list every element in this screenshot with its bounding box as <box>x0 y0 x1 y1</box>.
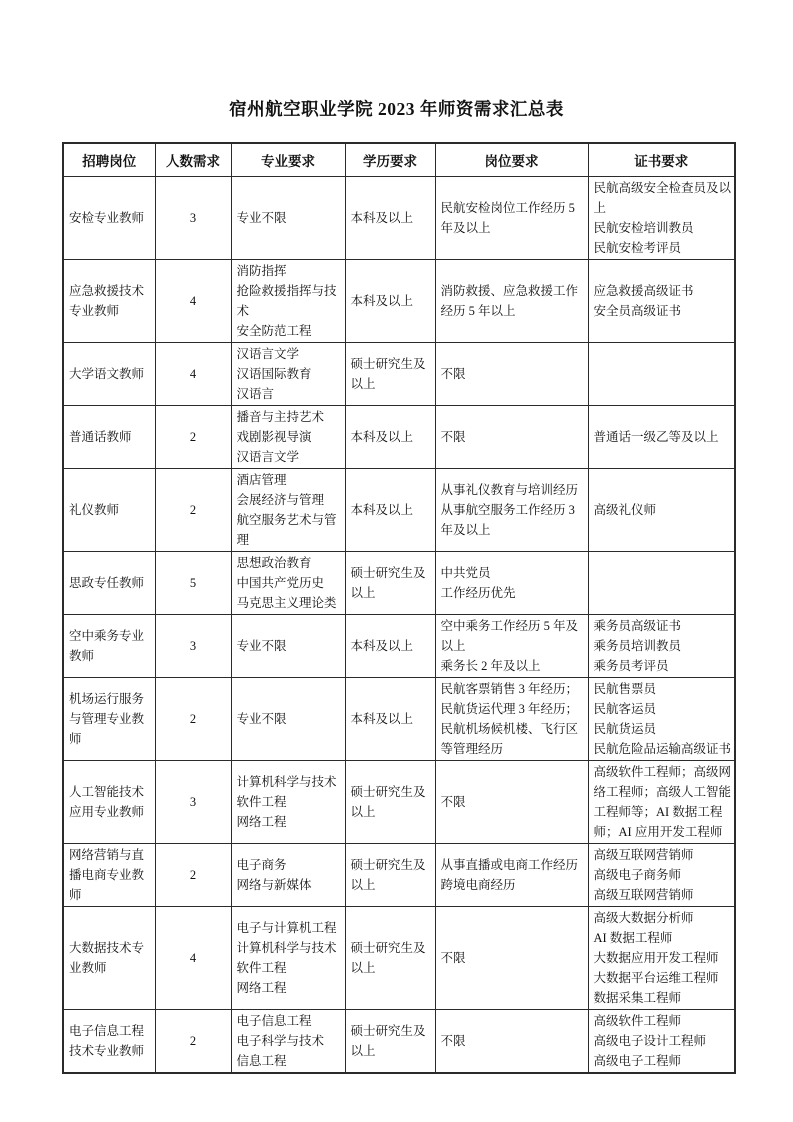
cell-majors: 消防指挥抢险救援指挥与技术安全防范工程 <box>231 259 345 342</box>
certificates-line: 民航安检培训教员 <box>594 218 733 238</box>
majors-line: 航空服务艺术与管理 <box>237 510 343 550</box>
document-page: 宿州航空职业学院 2023 年师资需求汇总表 招聘岗位人数需求专业要求学历要求岗… <box>0 0 793 1122</box>
cell-majors: 专业不限 <box>231 176 345 259</box>
cell-requirements: 不限 <box>435 405 588 468</box>
majors-line: 播音与主持艺术 <box>237 407 343 427</box>
cell-position: 机场运行服务与管理专业教师 <box>63 677 155 760</box>
certificates-line: 安全员高级证书 <box>594 301 733 321</box>
requirements-line: 中共党员 <box>441 563 586 583</box>
cell-requirements: 空中乘务工作经历 5 年及以上乘务长 2 年及以上 <box>435 614 588 677</box>
majors-line: 汉语言文学 <box>237 344 343 364</box>
cell-count: 4 <box>155 906 231 1009</box>
cell-majors: 思想政治教育中国共产党历史马克思主义理论类 <box>231 551 345 614</box>
cell-certificates: 高级大数据分析师AI 数据工程师大数据应用开发工程师大数据平台运维工程师数据采集… <box>588 906 735 1009</box>
majors-line: 网络工程 <box>237 812 343 832</box>
cell-position: 安检专业教师 <box>63 176 155 259</box>
certificates-line: 数据采集工程师 <box>594 988 733 1008</box>
cell-certificates <box>588 342 735 405</box>
column-header-5: 证书要求 <box>588 143 735 176</box>
cell-education: 硕士研究生及以上 <box>345 342 435 405</box>
majors-line: 戏剧影视导演 <box>237 427 343 447</box>
cell-certificates: 民航高级安全检查员及以上民航安检培训教员民航安检考评员 <box>588 176 735 259</box>
table-row: 普通话教师2播音与主持艺术戏剧影视导演汉语言文学本科及以上不限普通话一级乙等及以… <box>63 405 735 468</box>
cell-certificates <box>588 551 735 614</box>
requirements-line: 消防救援、应急救援工作经历 5 年以上 <box>441 281 586 321</box>
requirements-line: 从事礼仪教育与培训经历 <box>441 480 586 500</box>
certificates-line: 高级电子工程师 <box>594 1051 733 1071</box>
certificates-line: 大数据应用开发工程师 <box>594 948 733 968</box>
certificates-line: 乘务员高级证书 <box>594 616 733 636</box>
requirements-line: 民航客票销售 3 年经历； <box>441 679 586 699</box>
majors-line: 抢险救援指挥与技术 <box>237 281 343 321</box>
certificates-line: 高级大数据分析师 <box>594 908 733 928</box>
cell-position: 空中乘务专业教师 <box>63 614 155 677</box>
table-row: 大数据技术专业教师4电子与计算机工程计算机科学与技术软件工程网络工程硕士研究生及… <box>63 906 735 1009</box>
table-row: 安检专业教师3专业不限本科及以上民航安检岗位工作经历 5 年及以上民航高级安全检… <box>63 176 735 259</box>
majors-line: 专业不限 <box>237 709 343 729</box>
majors-line: 汉语言文学 <box>237 447 343 467</box>
majors-line: 专业不限 <box>237 636 343 656</box>
certificates-line: 乘务员培训教员 <box>594 636 733 656</box>
requirements-line: 从事航空服务工作经历 3 年及以上 <box>441 500 586 540</box>
requirements-line: 民航安检岗位工作经历 5 年及以上 <box>441 198 586 238</box>
certificates-line: 普通话一级乙等及以上 <box>594 427 733 447</box>
page-title: 宿州航空职业学院 2023 年师资需求汇总表 <box>0 96 793 121</box>
majors-line: 网络与新媒体 <box>237 875 343 895</box>
certificates-line: 高级电子商务师 <box>594 865 733 885</box>
requirements-line: 不限 <box>441 364 586 384</box>
cell-count: 3 <box>155 614 231 677</box>
table-header-row: 招聘岗位人数需求专业要求学历要求岗位要求证书要求 <box>63 143 735 176</box>
majors-line: 电子与计算机工程 <box>237 918 343 938</box>
cell-majors: 电子与计算机工程计算机科学与技术软件工程网络工程 <box>231 906 345 1009</box>
majors-line: 网络工程 <box>237 978 343 998</box>
cell-position: 普通话教师 <box>63 405 155 468</box>
cell-majors: 播音与主持艺术戏剧影视导演汉语言文学 <box>231 405 345 468</box>
cell-majors: 计算机科学与技术软件工程网络工程 <box>231 760 345 843</box>
cell-position: 大数据技术专业教师 <box>63 906 155 1009</box>
cell-count: 3 <box>155 760 231 843</box>
cell-certificates: 应急救援高级证书安全员高级证书 <box>588 259 735 342</box>
requirements-line: 跨境电商经历 <box>441 875 586 895</box>
cell-position: 网络营销与直播电商专业教师 <box>63 843 155 906</box>
cell-count: 2 <box>155 843 231 906</box>
table-row: 电子信息工程技术专业教师2电子信息工程电子科学与技术信息工程硕士研究生及以上不限… <box>63 1009 735 1073</box>
majors-line: 消防指挥 <box>237 261 343 281</box>
table-row: 思政专任教师5思想政治教育中国共产党历史马克思主义理论类硕士研究生及以上中共党员… <box>63 551 735 614</box>
table-row: 网络营销与直播电商专业教师2电子商务网络与新媒体硕士研究生及以上从事直播或电商工… <box>63 843 735 906</box>
majors-line: 电子商务 <box>237 855 343 875</box>
cell-count: 4 <box>155 259 231 342</box>
requirements-line: 空中乘务工作经历 5 年及以上 <box>441 616 586 656</box>
cell-requirements: 不限 <box>435 760 588 843</box>
requirements-line: 从事直播或电商工作经历 <box>441 855 586 875</box>
cell-position: 应急救援技术专业教师 <box>63 259 155 342</box>
majors-line: 信息工程 <box>237 1051 343 1071</box>
certificates-line: 高级互联网营销师 <box>594 885 733 905</box>
cell-count: 2 <box>155 1009 231 1073</box>
cell-count: 2 <box>155 677 231 760</box>
cell-majors: 电子信息工程电子科学与技术信息工程 <box>231 1009 345 1073</box>
teacher-demand-table: 招聘岗位人数需求专业要求学历要求岗位要求证书要求 安检专业教师3专业不限本科及以… <box>62 142 736 1074</box>
certificates-line: 民航客运员 <box>594 699 733 719</box>
cell-requirements: 民航安检岗位工作经历 5 年及以上 <box>435 176 588 259</box>
cell-count: 4 <box>155 342 231 405</box>
majors-line: 电子信息工程 <box>237 1011 343 1031</box>
certificates-line: 高级软件工程师；高级网络工程师；高级人工智能工程师等；AI 数据工程师；AI 应… <box>594 762 733 842</box>
majors-line: 计算机科学与技术 <box>237 772 343 792</box>
certificates-line: 乘务员考评员 <box>594 656 733 676</box>
majors-line: 汉语言 <box>237 384 343 404</box>
certificates-line: AI 数据工程师 <box>594 928 733 948</box>
majors-line: 思想政治教育 <box>237 553 343 573</box>
cell-certificates: 民航售票员民航客运员民航货运员民航危险品运输高级证书 <box>588 677 735 760</box>
cell-requirements: 不限 <box>435 342 588 405</box>
certificates-line: 大数据平台运维工程师 <box>594 968 733 988</box>
cell-education: 本科及以上 <box>345 259 435 342</box>
majors-line: 中国共产党历史 <box>237 573 343 593</box>
requirements-line: 不限 <box>441 427 586 447</box>
cell-count: 5 <box>155 551 231 614</box>
table-row: 大学语文教师4汉语言文学汉语国际教育汉语言硕士研究生及以上不限 <box>63 342 735 405</box>
requirements-line: 不限 <box>441 1031 586 1051</box>
requirements-line: 不限 <box>441 792 586 812</box>
table-row: 人工智能技术应用专业教师3计算机科学与技术软件工程网络工程硕士研究生及以上不限高… <box>63 760 735 843</box>
cell-position: 思政专任教师 <box>63 551 155 614</box>
majors-line: 汉语国际教育 <box>237 364 343 384</box>
cell-majors: 电子商务网络与新媒体 <box>231 843 345 906</box>
cell-count: 2 <box>155 405 231 468</box>
table-row: 空中乘务专业教师3专业不限本科及以上空中乘务工作经历 5 年及以上乘务长 2 年… <box>63 614 735 677</box>
certificates-line: 民航危险品运输高级证书 <box>594 739 733 759</box>
requirements-line: 民航货运代理 3 年经历； <box>441 699 586 719</box>
column-header-1: 人数需求 <box>155 143 231 176</box>
column-header-4: 岗位要求 <box>435 143 588 176</box>
majors-line: 酒店管理 <box>237 470 343 490</box>
cell-certificates: 普通话一级乙等及以上 <box>588 405 735 468</box>
cell-certificates: 高级软件工程师高级电子设计工程师高级电子工程师 <box>588 1009 735 1073</box>
table-row: 机场运行服务与管理专业教师2专业不限本科及以上民航客票销售 3 年经历；民航货运… <box>63 677 735 760</box>
cell-education: 本科及以上 <box>345 468 435 551</box>
column-header-2: 专业要求 <box>231 143 345 176</box>
cell-education: 硕士研究生及以上 <box>345 906 435 1009</box>
certificates-line: 高级软件工程师 <box>594 1011 733 1031</box>
cell-education: 硕士研究生及以上 <box>345 760 435 843</box>
requirements-line: 工作经历优先 <box>441 583 586 603</box>
cell-certificates: 高级软件工程师；高级网络工程师；高级人工智能工程师等；AI 数据工程师；AI 应… <box>588 760 735 843</box>
cell-education: 本科及以上 <box>345 677 435 760</box>
majors-line: 专业不限 <box>237 208 343 228</box>
majors-line: 安全防范工程 <box>237 321 343 341</box>
cell-majors: 专业不限 <box>231 677 345 760</box>
cell-requirements: 不限 <box>435 906 588 1009</box>
cell-certificates: 乘务员高级证书乘务员培训教员乘务员考评员 <box>588 614 735 677</box>
cell-count: 3 <box>155 176 231 259</box>
table-row: 应急救援技术专业教师4消防指挥抢险救援指挥与技术安全防范工程本科及以上消防救援、… <box>63 259 735 342</box>
cell-requirements: 从事直播或电商工作经历跨境电商经历 <box>435 843 588 906</box>
certificates-line: 民航高级安全检查员及以上 <box>594 178 733 218</box>
majors-line: 软件工程 <box>237 958 343 978</box>
cell-education: 本科及以上 <box>345 614 435 677</box>
table-row: 礼仪教师2酒店管理会展经济与管理航空服务艺术与管理本科及以上从事礼仪教育与培训经… <box>63 468 735 551</box>
column-header-0: 招聘岗位 <box>63 143 155 176</box>
cell-count: 2 <box>155 468 231 551</box>
majors-line: 电子科学与技术 <box>237 1031 343 1051</box>
cell-certificates: 高级礼仪师 <box>588 468 735 551</box>
cell-education: 硕士研究生及以上 <box>345 843 435 906</box>
cell-education: 硕士研究生及以上 <box>345 1009 435 1073</box>
column-header-3: 学历要求 <box>345 143 435 176</box>
cell-education: 本科及以上 <box>345 405 435 468</box>
certificates-line: 应急救援高级证书 <box>594 281 733 301</box>
cell-requirements: 从事礼仪教育与培训经历从事航空服务工作经历 3 年及以上 <box>435 468 588 551</box>
certificates-line: 高级电子设计工程师 <box>594 1031 733 1051</box>
cell-position: 礼仪教师 <box>63 468 155 551</box>
cell-requirements: 不限 <box>435 1009 588 1073</box>
certificates-line: 民航售票员 <box>594 679 733 699</box>
cell-requirements: 消防救援、应急救援工作经历 5 年以上 <box>435 259 588 342</box>
cell-education: 硕士研究生及以上 <box>345 551 435 614</box>
requirements-line: 不限 <box>441 948 586 968</box>
majors-line: 会展经济与管理 <box>237 490 343 510</box>
cell-majors: 酒店管理会展经济与管理航空服务艺术与管理 <box>231 468 345 551</box>
certificates-line: 高级互联网营销师 <box>594 845 733 865</box>
cell-majors: 专业不限 <box>231 614 345 677</box>
requirements-line: 乘务长 2 年及以上 <box>441 656 586 676</box>
majors-line: 马克思主义理论类 <box>237 593 343 613</box>
cell-requirements: 中共党员工作经历优先 <box>435 551 588 614</box>
cell-position: 人工智能技术应用专业教师 <box>63 760 155 843</box>
requirements-line: 民航机场候机楼、飞行区等管理经历 <box>441 719 586 759</box>
cell-certificates: 高级互联网营销师高级电子商务师高级互联网营销师 <box>588 843 735 906</box>
majors-line: 计算机科学与技术 <box>237 938 343 958</box>
cell-position: 大学语文教师 <box>63 342 155 405</box>
certificates-line: 高级礼仪师 <box>594 500 733 520</box>
cell-majors: 汉语言文学汉语国际教育汉语言 <box>231 342 345 405</box>
cell-education: 本科及以上 <box>345 176 435 259</box>
majors-line: 软件工程 <box>237 792 343 812</box>
certificates-line: 民航货运员 <box>594 719 733 739</box>
cell-requirements: 民航客票销售 3 年经历；民航货运代理 3 年经历；民航机场候机楼、飞行区等管理… <box>435 677 588 760</box>
cell-position: 电子信息工程技术专业教师 <box>63 1009 155 1073</box>
certificates-line: 民航安检考评员 <box>594 238 733 258</box>
